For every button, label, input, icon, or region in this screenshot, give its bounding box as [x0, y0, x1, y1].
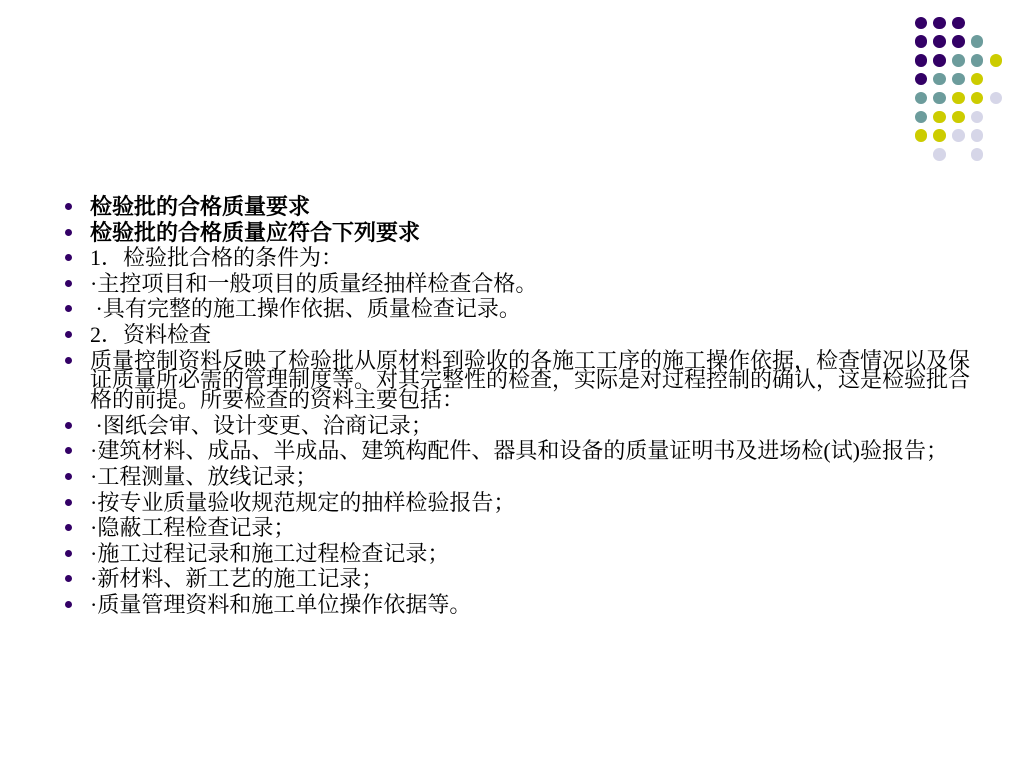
- decorative-dot: [915, 35, 928, 48]
- decorative-dot: [915, 17, 928, 30]
- bullet-icon: [65, 203, 72, 210]
- decorative-dot: [933, 35, 946, 48]
- decorative-dot: [952, 92, 965, 105]
- bullet-list: 检验批的合格质量要求检验批的合格质量应符合下列要求1．检验批合格的条件为：·主控…: [60, 197, 972, 621]
- list-item-text: 2．资料检查: [90, 322, 211, 347]
- bullet-icon: [65, 331, 72, 338]
- decorative-dot: [933, 111, 946, 124]
- bullet-icon: [65, 550, 72, 557]
- decorative-dot: [971, 148, 984, 161]
- decorative-dot: [990, 92, 1003, 105]
- bullet-icon: [65, 422, 72, 429]
- list-item-text: ·工程测量、放线记录；: [90, 464, 317, 489]
- decorative-dot: [971, 92, 984, 105]
- decorative-dot: [915, 73, 928, 86]
- decorative-dot: [971, 73, 984, 86]
- bullet-icon: [65, 229, 72, 236]
- list-item: ·隐蔽工程检查记录；: [60, 518, 972, 538]
- list-item: 2．资料检查: [60, 325, 972, 345]
- decorative-dot: [933, 92, 946, 105]
- bullet-icon: [65, 499, 72, 506]
- list-item: ·质量管理资料和施工单位操作依据等。: [60, 595, 972, 615]
- decorative-dot: [933, 54, 946, 67]
- list-item: 质量控制资料反映了检验批从原材料到验收的各施工工序的施工操作依据，检查情况以及保…: [60, 351, 972, 410]
- bullet-icon: [65, 575, 72, 582]
- decorative-dot: [915, 129, 928, 142]
- bullet-icon: [65, 254, 72, 261]
- bullet-icon: [65, 473, 72, 480]
- list-item-text: ·隐蔽工程检查记录；: [90, 515, 295, 540]
- decorative-dot: [915, 92, 928, 105]
- list-item-text: ·图纸会审、设计变更、洽商记录；: [90, 413, 433, 438]
- bullet-icon: [65, 305, 72, 312]
- decorative-dot: [952, 111, 965, 124]
- decorative-dot: [971, 35, 984, 48]
- list-item: ·按专业质量验收规范规定的抽样检验报告；: [60, 493, 972, 513]
- list-item-text: ·具有完整的施工操作依据、质量检查记录。: [90, 296, 521, 321]
- bullet-icon: [65, 524, 72, 531]
- list-item-text: 质量控制资料反映了检验批从原材料到验收的各施工工序的施工操作依据，检查情况以及保…: [90, 348, 970, 413]
- dot-pattern-decoration: [880, 0, 1024, 200]
- decorative-dot: [915, 54, 928, 67]
- decorative-dot: [971, 111, 984, 124]
- list-item-text: 1．检验批合格的条件为：: [90, 245, 343, 270]
- list-item-text: 检验批的合格质量要求: [90, 194, 310, 219]
- list-item-text: ·建筑材料、成品、半成品、建筑构配件、器具和设备的质量证明书及进场检(试)验报告…: [90, 438, 948, 463]
- decorative-dot: [933, 148, 946, 161]
- list-item-text: ·主控项目和一般项目的质量经抽样检查合格。: [90, 271, 537, 296]
- list-item-text: ·新材料、新工艺的施工记录；: [90, 566, 383, 591]
- decorative-dot: [952, 35, 965, 48]
- decorative-dot: [933, 73, 946, 86]
- list-item: ·新材料、新工艺的施工记录；: [60, 569, 972, 589]
- presentation-slide: 检验批的合格质量要求检验批的合格质量应符合下列要求1．检验批合格的条件为：·主控…: [0, 0, 1024, 768]
- bullet-icon: [65, 357, 72, 364]
- list-item: ·施工过程记录和施工过程检查记录；: [60, 544, 972, 564]
- list-item: 检验批的合格质量应符合下列要求: [60, 223, 972, 243]
- list-item: ·建筑材料、成品、半成品、建筑构配件、器具和设备的质量证明书及进场检(试)验报告…: [60, 441, 972, 461]
- list-item-text: ·质量管理资料和施工单位操作依据等。: [90, 592, 471, 617]
- decorative-dot: [971, 129, 984, 142]
- list-item: ·主控项目和一般项目的质量经抽样检查合格。: [60, 274, 972, 294]
- list-item-text: 检验批的合格质量应符合下列要求: [90, 220, 420, 245]
- list-item-text: ·施工过程记录和施工过程检查记录；: [90, 541, 449, 566]
- decorative-dot: [952, 17, 965, 30]
- decorative-dot: [971, 54, 984, 67]
- list-item-text: ·按专业质量验收规范规定的抽样检验报告；: [90, 490, 515, 515]
- decorative-dot: [933, 129, 946, 142]
- list-item: 检验批的合格质量要求: [60, 197, 972, 217]
- decorative-dot: [952, 54, 965, 67]
- bullet-icon: [65, 601, 72, 608]
- list-item: ·图纸会审、设计变更、洽商记录；: [60, 416, 972, 436]
- list-item: 1．检验批合格的条件为：: [60, 248, 972, 268]
- decorative-dot: [952, 73, 965, 86]
- decorative-dot: [915, 111, 928, 124]
- list-item: ·具有完整的施工操作依据、质量检查记录。: [60, 299, 972, 319]
- list-item: ·工程测量、放线记录；: [60, 467, 972, 487]
- decorative-dot: [952, 129, 965, 142]
- decorative-dot: [933, 17, 946, 30]
- bullet-icon: [65, 280, 72, 287]
- bullet-icon: [65, 447, 72, 454]
- decorative-dot: [990, 54, 1003, 67]
